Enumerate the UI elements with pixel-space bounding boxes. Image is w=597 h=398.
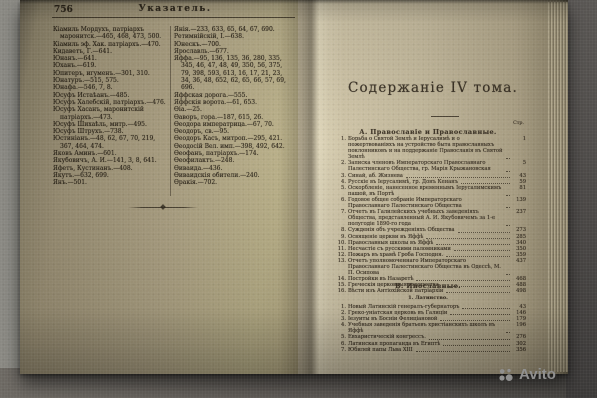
toc-leader-dots	[426, 234, 510, 239]
toc-leader-dots	[506, 154, 510, 159]
toc-leader-dots	[461, 179, 510, 184]
page-column-label: Стр.	[494, 121, 524, 126]
index-entry: Янія.—233, 633, 65, 64, 67, 690.	[174, 26, 293, 33]
toc-item-page: 1	[512, 136, 526, 142]
index-entry: Юнескъ.—700.	[174, 41, 293, 48]
index-entry: Ѳеодора императрица.—67, 70.	[174, 121, 293, 128]
index-entry: Яффская дорога.—555.	[174, 92, 293, 99]
index-column-right: Янія.—233, 633, 65, 64, 67, 690. Ретимні…	[174, 26, 293, 187]
toc-item-title: Учебныя заведенія братьевъ христіанскихъ…	[348, 322, 503, 334]
title-rule	[431, 116, 459, 117]
index-entry: Юнафа.—546, 7, 8.	[53, 84, 166, 91]
index-entry: Якубовичъ, А. И.—141, 3, 8, 641.	[53, 157, 166, 164]
toc-item: 6. Годовое общее собраніе Императорскаго…	[336, 197, 526, 209]
toc-leader-dots	[450, 310, 510, 315]
toc-leader-dots	[506, 167, 510, 172]
index-entry: Юпитеръ, игуменъ.—301, 310.	[53, 70, 166, 77]
toc-item-title: Записка членовъ Императорскаго Православ…	[348, 160, 503, 172]
index-entry: Ѳіа.—25.	[174, 106, 293, 113]
index-entry: Юсуфъ Штрухъ.—738.	[53, 128, 166, 135]
index-entry: Ѳиваидскія обители.—240.	[174, 172, 293, 179]
index-entry: Юнанъ.—641.	[53, 55, 166, 62]
toc-leader-dots	[416, 276, 510, 281]
toc-leader-dots	[443, 341, 510, 346]
toc-item: 7. Отчетъ въ Галилейскихъ учебныхъ завед…	[336, 209, 526, 227]
index-entry: Ѳиваида.—436.	[174, 165, 293, 172]
index-header: Указатель.	[50, 4, 300, 14]
toc-item-number: 7.	[336, 209, 346, 215]
index-entry: Яффа.—95, 136, 135, 36, 280, 335, 345, 4…	[174, 55, 293, 91]
toc-item: 5. Оскорбленіе, нанесенное временнымъ Іе…	[336, 185, 526, 197]
toc-item: 13. Отчетъ уполномоченнаго Императорскаг…	[336, 258, 526, 276]
toc-item-page: 196	[512, 322, 526, 328]
toc-item-title: Отчетъ уполномоченнаго Императорскаго Пр…	[348, 258, 503, 276]
column-divider	[170, 26, 171, 196]
index-entry: Кидаветъ, Г.—641.	[53, 48, 166, 55]
avito-watermark: Avito	[498, 366, 556, 383]
toc-item-title: Годовое общее собраніе Императорскаго Пр…	[348, 197, 503, 209]
toc-item-page: 139	[512, 197, 526, 203]
toc-item-title: Оскорбленіе, нанесенное временнымъ Іерус…	[348, 185, 503, 197]
index-entry: Яффскія ворота.—61, 653.	[174, 99, 293, 106]
avito-logo-icon	[498, 368, 514, 382]
toc-leader-dots	[506, 191, 510, 196]
section-b-toc: 1. Новый Латинскій генералъ-губернаторъ …	[336, 304, 526, 353]
toc-item-title: Борьба о Святой Землѣ и Іерусалимѣ и о п…	[348, 136, 503, 160]
toc-item-number: 5.	[336, 185, 346, 191]
toc-leader-dots	[458, 228, 510, 233]
photo-background: 756 Указатель. Кіамиль Мордухъ, патріарх…	[0, 0, 597, 398]
section-end-flourish	[128, 204, 198, 211]
toc-item-number: 1.	[336, 136, 346, 142]
index-entry: Ѳаворъ, гора.—187, 615, 26.	[174, 114, 293, 121]
flourish-diamond	[160, 204, 166, 210]
index-entry: Юсуфъ Хасанъ, маронитскій патріархъ.—473…	[53, 106, 166, 121]
toc-item-number: 7.	[336, 347, 346, 353]
index-entry: Юханъ.—619.	[53, 62, 166, 69]
table-surface-right	[566, 0, 597, 398]
toc-leader-dots	[406, 173, 510, 178]
section-b-heading: В. Инославные.	[313, 282, 543, 290]
index-entry: Ѳракія.—702.	[174, 179, 293, 186]
book-top-shadow	[20, 0, 568, 4]
toc-item-title: Отчетъ въ Галилейскихъ учебныхъ заведені…	[348, 209, 503, 227]
section-a-toc: 1. Борьба о Святой Землѣ и Іерусалимѣ и …	[336, 136, 526, 294]
toc-leader-dots	[506, 203, 510, 208]
toc-item: 1. Борьба о Святой Землѣ и Іерусалимѣ и …	[336, 136, 526, 160]
index-column-left: Кіамиль Мордухъ, патріархъ маронитск.—46…	[53, 26, 166, 187]
toc-item-number: 2.	[336, 160, 346, 166]
toc-item: 4. Учебныя заведенія братьевъ христіанск…	[336, 322, 526, 334]
toc-leader-dots	[436, 240, 510, 245]
toc-item-page: 5	[512, 160, 526, 166]
index-entry: Юсуфъ Истаѣанъ.—485.	[53, 92, 166, 99]
section-a-heading: А. Православіе и Православные.	[313, 128, 543, 136]
index-entry: Ѳеофилактъ.—248.	[174, 157, 293, 164]
header-rule	[52, 17, 295, 18]
toc-item: 2. Записка членовъ Императорскаго Правос…	[336, 160, 526, 172]
section-b-subheading: 1. Латинство.	[313, 295, 543, 301]
right-page: Содержаніе IV тома. А. Православіе и Пра…	[298, 0, 568, 374]
toc-item-number: 4.	[336, 322, 346, 328]
index-entry: Ѳеодоръ, св.—95.	[174, 128, 293, 135]
toc-item-title: Юбилей папы Льва XIII	[348, 347, 413, 353]
index-entry: Юстиніанъ.—48, 62, 67, 70, 219, 367, 464…	[53, 135, 166, 150]
toc-leader-dots	[440, 316, 510, 321]
contents-title: Содержаніе IV тома.	[318, 80, 548, 96]
toc-item-page: 356	[512, 347, 526, 353]
toc-item-page: 237	[512, 209, 526, 215]
toc-item-page: 437	[512, 258, 526, 264]
toc-leader-dots	[429, 335, 510, 340]
index-entry: Ретимнійскій, І.—638.	[174, 33, 293, 40]
toc-item-number: 13.	[336, 258, 346, 264]
toc-leader-dots	[446, 252, 510, 257]
index-entry: Якутъ.—632, 699.	[53, 172, 166, 179]
toc-leader-dots	[506, 328, 510, 333]
toc-item: 7. Юбилей папы Льва XIII 356	[336, 347, 526, 353]
open-book: 756 Указатель. Кіамиль Мордухъ, патріарх…	[20, 0, 568, 374]
toc-item-number: 6.	[336, 197, 346, 203]
toc-leader-dots	[454, 246, 510, 251]
toc-leader-dots	[506, 221, 510, 226]
index-entry: Ѳеодосій Вел. имп.—398, 492, 642.	[174, 143, 293, 150]
toc-leader-dots	[462, 304, 510, 309]
toc-item-page: 81	[512, 185, 526, 191]
index-entry: Кіамиль Мордухъ, патріархъ маронитск.—46…	[53, 26, 166, 41]
watermark-label: Avito	[519, 366, 556, 383]
index-entry: Яфетъ, Кустинанъ.—408.	[53, 165, 166, 172]
toc-leader-dots	[506, 270, 510, 275]
index-entry: Ѳеодоръ Касъ, митроп.—295, 421.	[174, 135, 293, 142]
index-entry: Кіамиль эф. Хак. патріархъ.—470.	[53, 41, 166, 48]
index-entry: Янъ.—501.	[53, 179, 166, 186]
left-page: 756 Указатель. Кіамиль Мордухъ, патріарх…	[20, 0, 298, 374]
toc-leader-dots	[416, 347, 510, 352]
